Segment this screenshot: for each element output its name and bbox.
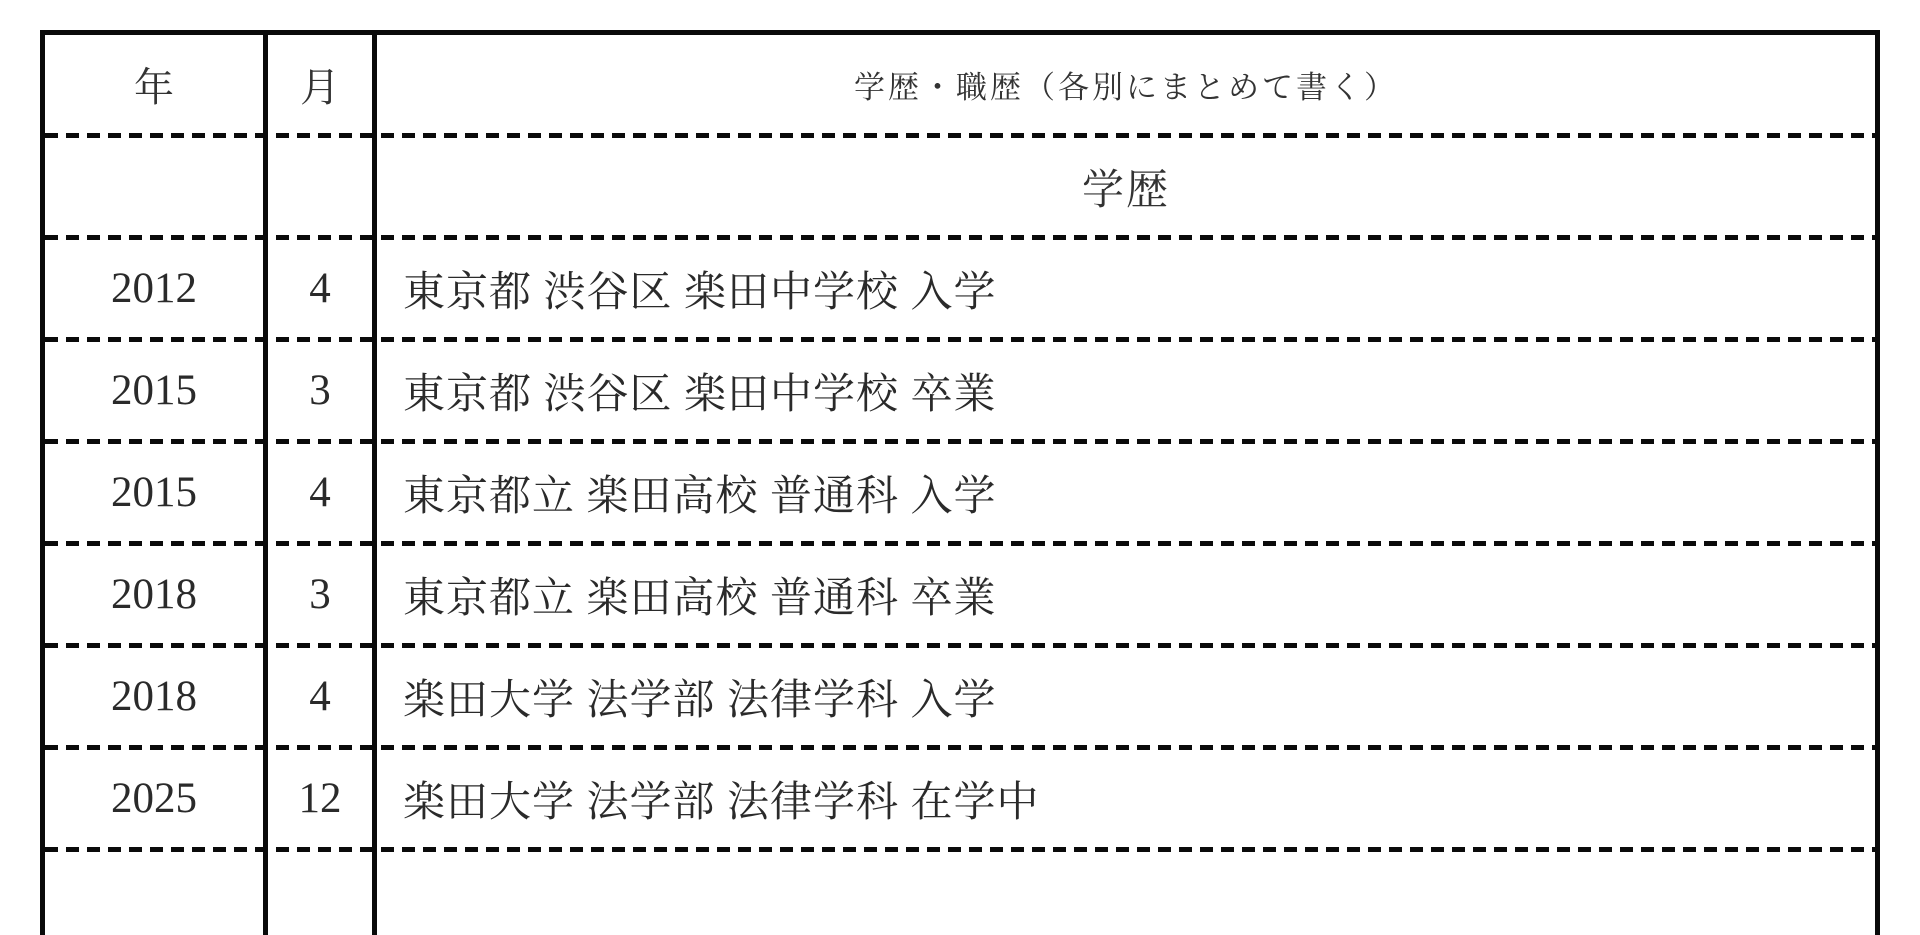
month-cell: 12 (268, 774, 372, 823)
history-row: 2018 3 東京都立 楽田高校 普通科 卒業 (45, 546, 1875, 643)
history-row: 2015 3 東京都 渋谷区 楽田中学校 卒業 (45, 342, 1875, 439)
year-cell: 2018 (45, 672, 263, 721)
month-column-header: 月 (268, 56, 372, 113)
history-row: 2015 4 東京都立 楽田高校 普通科 入学 (45, 444, 1875, 541)
year-cell: 2018 (45, 570, 263, 619)
year-cell: 2015 (45, 366, 263, 415)
month-cell: 4 (268, 264, 372, 313)
month-history-divider (372, 35, 377, 889)
description-cell: 楽田大学 法学部 法律学科 在学中 (377, 769, 1875, 829)
history-row: 2012 4 東京都 渋谷区 楽田中学校 入学 (45, 240, 1875, 337)
year-cell: 2015 (45, 468, 263, 517)
description-cell: 東京都 渋谷区 楽田中学校 卒業 (377, 361, 1875, 421)
year-column-header: 年 (45, 56, 263, 113)
history-column-header: 学歴・職歴（各別にまとめて書く） (377, 62, 1875, 107)
description-cell: 東京都立 楽田高校 普通科 卒業 (377, 565, 1875, 625)
table-header-row: 年 月 学歴・職歴（各別にまとめて書く） (45, 35, 1875, 133)
year-cell: 2025 (45, 774, 263, 823)
section-label: 学歴 (377, 157, 1875, 217)
month-cell: 4 (268, 468, 372, 517)
description-cell: 東京都 渋谷区 楽田中学校 入学 (377, 259, 1875, 319)
month-cell: 3 (268, 570, 372, 619)
year-month-divider (263, 35, 268, 889)
history-row: 2018 4 楽田大学 法学部 法律学科 入学 (45, 648, 1875, 745)
history-row: 2025 12 楽田大学 法学部 法律学科 在学中 (45, 750, 1875, 847)
year-cell: 2012 (45, 264, 263, 313)
section-label-row: 学歴 (45, 138, 1875, 235)
history-row-empty-partial (45, 852, 1875, 889)
description-cell: 楽田大学 法学部 法律学科 入学 (377, 667, 1875, 727)
month-cell: 4 (268, 672, 372, 721)
month-cell: 3 (268, 366, 372, 415)
description-cell: 東京都立 楽田高校 普通科 入学 (377, 463, 1875, 523)
education-history-table: 年 月 学歴・職歴（各別にまとめて書く） 学歴 2012 4 東京都 渋谷区 楽… (40, 30, 1880, 889)
